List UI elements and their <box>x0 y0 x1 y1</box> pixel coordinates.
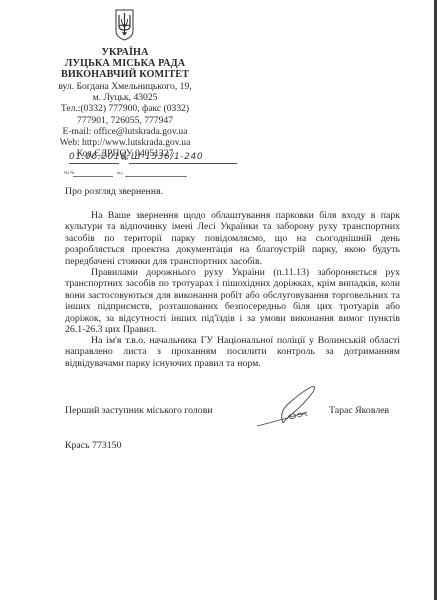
reply-date-blank <box>125 176 187 177</box>
body-paragraph-2: Правилами дорожнього руху України (п.11.… <box>65 267 400 335</box>
letterhead-email: E-mail: office@lutskrada.gov.ua <box>40 126 210 137</box>
letterhead-phone-2: 777901, 726055, 777947 <box>40 115 210 126</box>
paragraph-text: На Ваше звернення щодо облаштування парк… <box>65 210 400 267</box>
reply-number-blank <box>73 176 113 177</box>
letterhead-web: Web: http://www.lutskrada.gov.ua <box>40 137 210 148</box>
body-paragraph-3: На ім'я т.в.о. начальника ГУ Національно… <box>65 335 400 369</box>
registration-number: Ш-1536/1-240 <box>131 152 203 162</box>
letterhead-council: ЛУЦЬКА МІСЬКА РАДА <box>40 58 210 69</box>
handwritten-signature <box>255 383 330 428</box>
number-underline <box>129 163 237 164</box>
signatory-name: Тарас Яковлев <box>329 405 389 416</box>
letterhead-address-street: вул. Богдана Хмельницького, 19, <box>40 81 210 92</box>
registration-line: 01.06.2016 № Ш-1536/1-240 <box>69 152 249 165</box>
registration-date: 01.06.2016 <box>69 152 127 162</box>
letterhead: УКРАЇНА ЛУЦЬКА МІСЬКА РАДА ВИКОНАВЧИЙ КО… <box>40 47 210 160</box>
executor-contact: Крась 773150 <box>65 440 121 451</box>
letterhead-committee: ВИКОНАВЧИЙ КОМІТЕТ <box>40 69 210 80</box>
paragraph-text: На ім'я т.в.о. начальника ГУ Національно… <box>65 335 400 369</box>
registration-number-label: № <box>122 155 129 162</box>
letterhead-address-city: м. Луцьк, 43025 <box>40 92 210 103</box>
signatory-title: Перший заступник міського голови <box>65 405 213 416</box>
trident-coat-of-arms-icon <box>115 9 134 41</box>
letterhead-country: УКРАЇНА <box>40 47 210 58</box>
reply-reference-line: На № від <box>64 170 214 178</box>
date-underline <box>69 163 119 164</box>
from-label: від <box>117 170 123 175</box>
letterhead-phone-1: Тел.:(0332) 777900, факс (0332) <box>40 103 210 114</box>
paragraph-text: Правилами дорожнього руху України (п.11.… <box>65 267 400 335</box>
body-paragraph-1: На Ваше звернення щодо облаштування парк… <box>65 210 400 267</box>
reply-to-label: На № <box>64 170 75 175</box>
letter-subject: Про розгляд звернення. <box>65 186 163 197</box>
